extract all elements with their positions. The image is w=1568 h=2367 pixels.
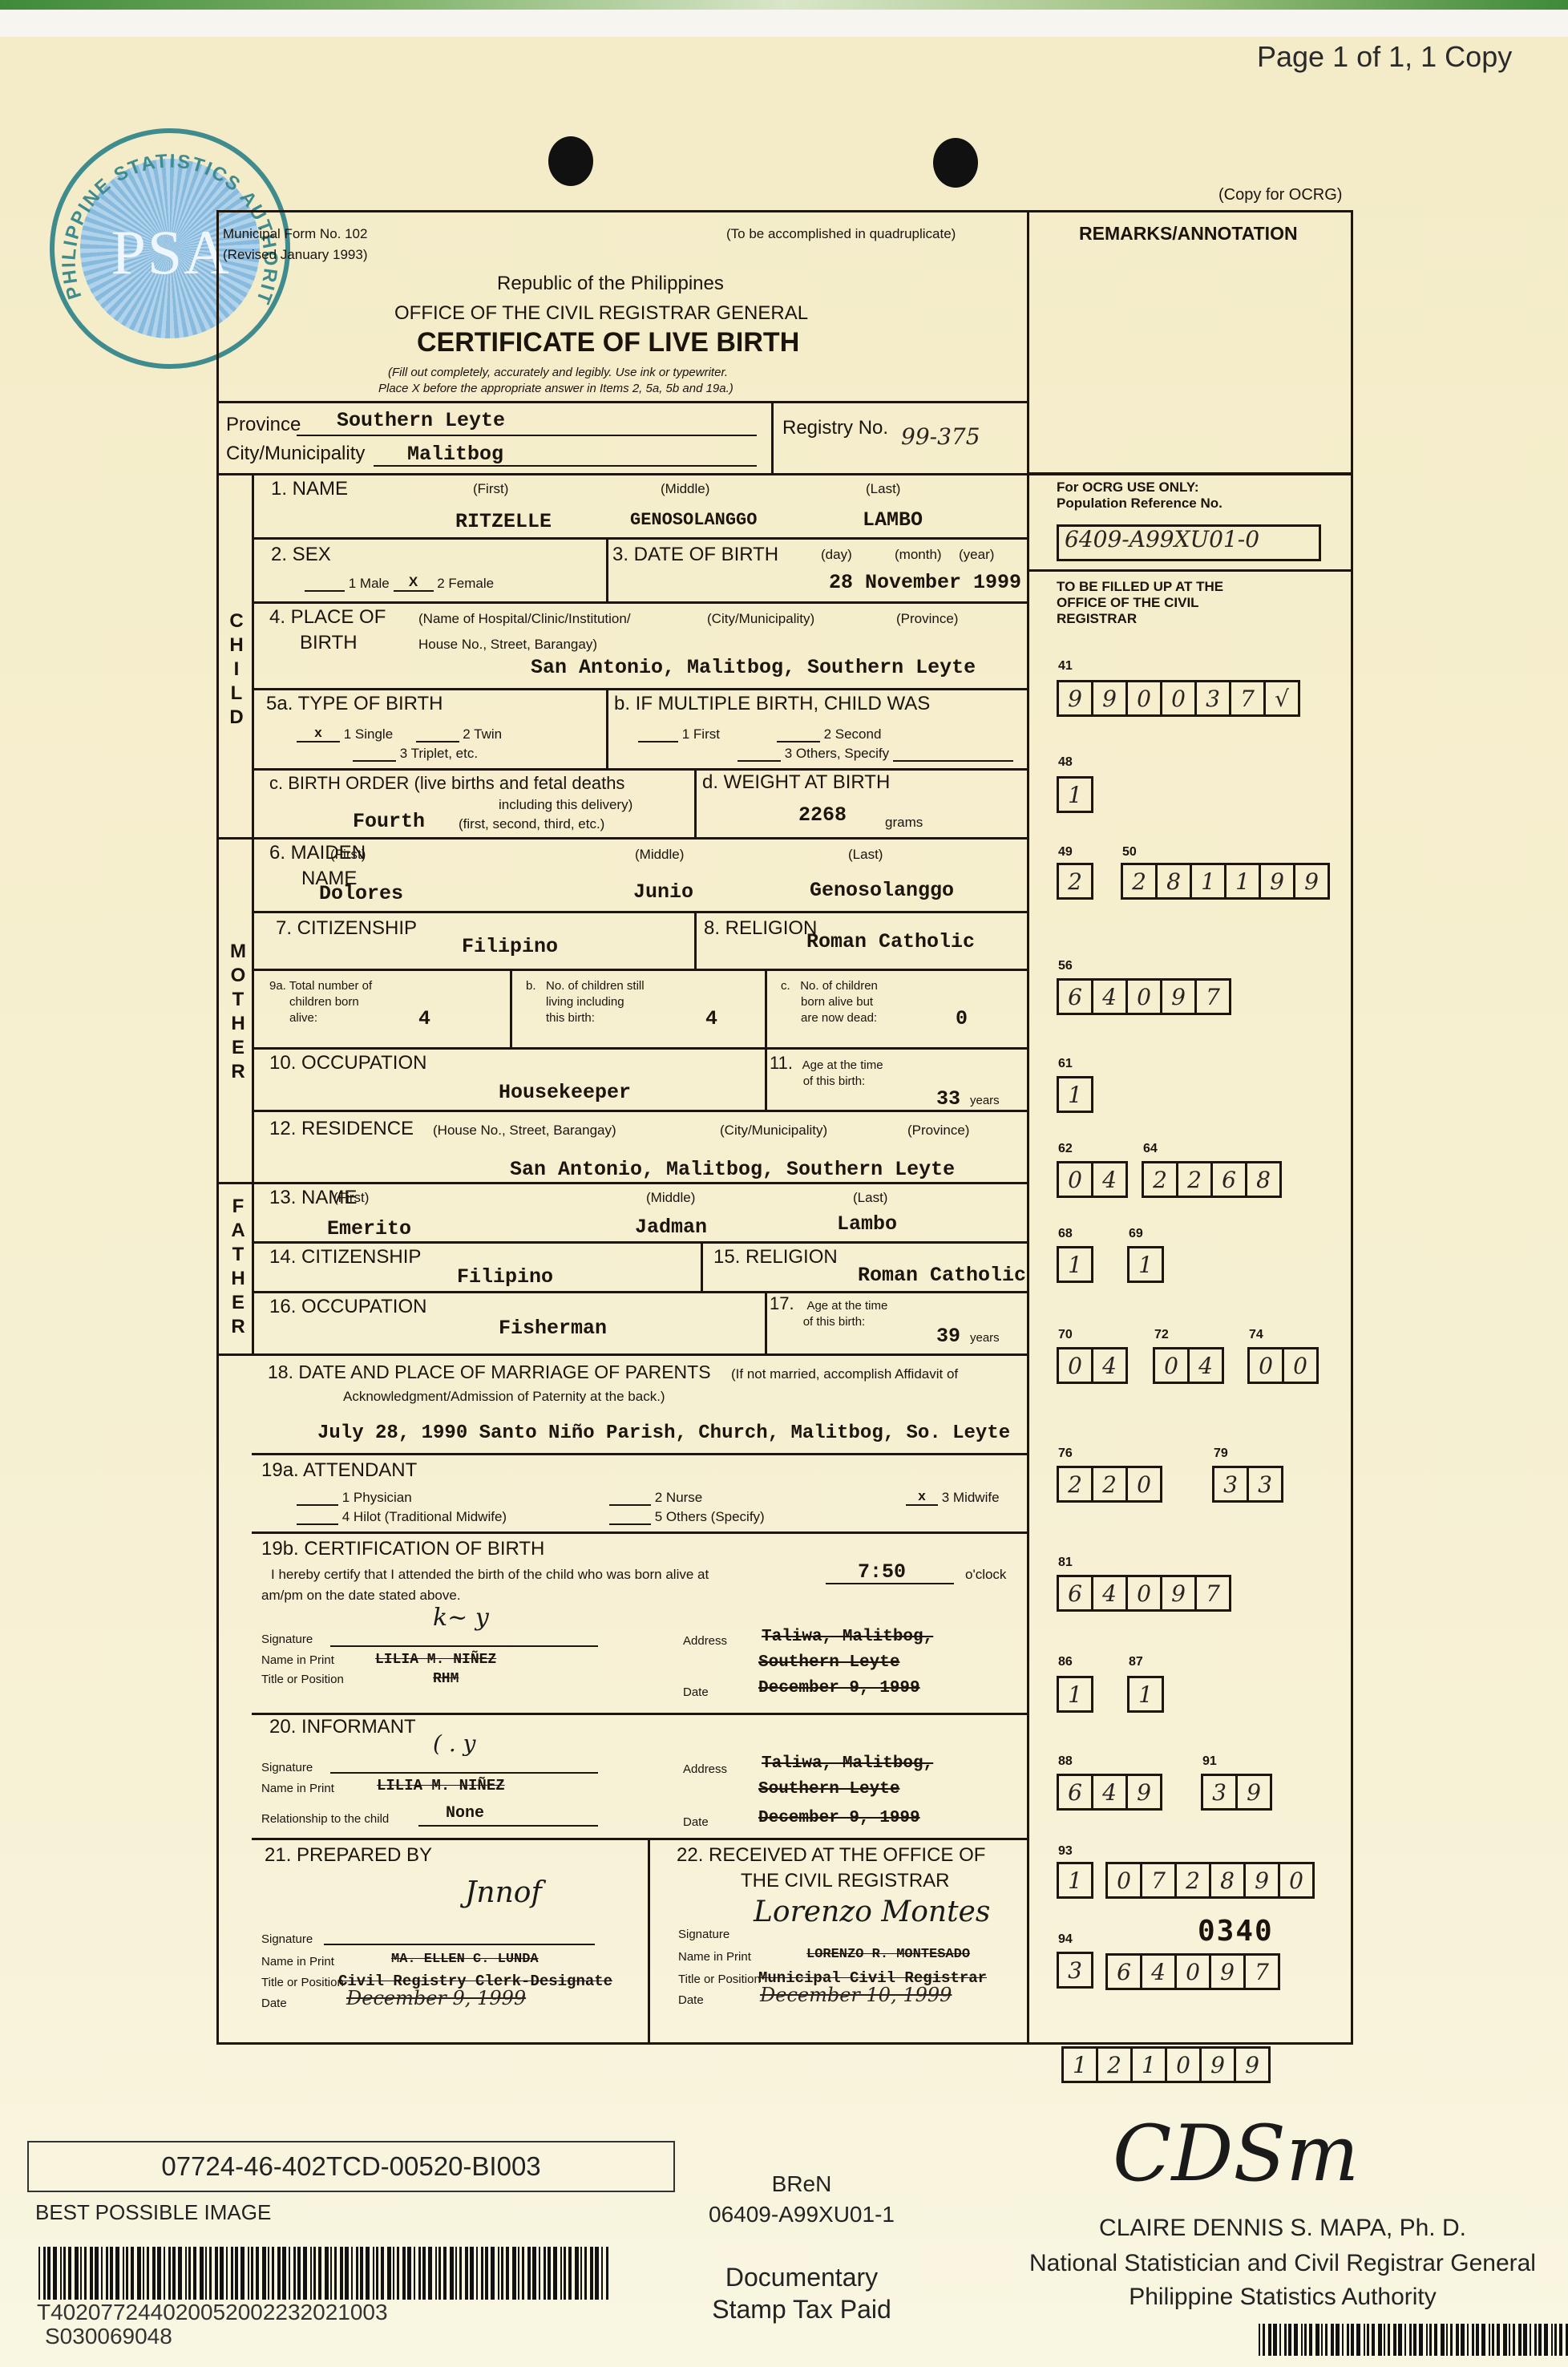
digit-box: 8 [1155, 863, 1192, 900]
field-62-number: 62 [1058, 1142, 1073, 1156]
informant-signature: ( . y [433, 1730, 475, 1757]
field-48-number: 48 [1058, 755, 1073, 770]
received-label: 22. RECEIVED AT THE OFFICE OF [677, 1844, 985, 1867]
punch-hole-right [933, 138, 978, 188]
informant-name-label: Name in Print [261, 1782, 334, 1795]
province-label: Province [226, 414, 301, 436]
digit-box: 9 [1091, 680, 1128, 717]
pob-city-label: (City/Municipality) [707, 611, 814, 627]
digit-box: 3 [1201, 1774, 1238, 1811]
field-88-number: 88 [1058, 1754, 1073, 1769]
total-children-label: 9a. Total number of children born alive: [269, 978, 372, 1026]
digit-box: 9 [1243, 1862, 1280, 1899]
field-87-number: 87 [1129, 1655, 1143, 1669]
digit-box: 0 [1125, 978, 1162, 1015]
father-occupation-label: 16. OCCUPATION [269, 1296, 426, 1318]
punch-hole-left [548, 136, 593, 186]
field-61-number: 61 [1058, 1057, 1073, 1071]
digit-box: 9 [1057, 680, 1093, 717]
digit-box: 0 [1160, 680, 1197, 717]
residence-hint: (House No., Street, Barangay) [433, 1123, 616, 1139]
father-age: 39 [936, 1325, 960, 1348]
security-barcode [1259, 2324, 1568, 2356]
date-of-birth: 28 November 1999 [829, 571, 1021, 594]
marriage-hint-2: Acknowledgment/Admission of Paternity at… [343, 1389, 665, 1405]
attendant-signature-label: Signature [261, 1633, 313, 1646]
province-value: Southern Leyte [337, 409, 505, 432]
digit-box: 3 [1194, 680, 1231, 717]
field-69-boxes: 1 [1130, 1246, 1164, 1283]
dead-children-value: 0 [956, 1007, 968, 1030]
living-children-value: 4 [705, 1007, 717, 1030]
informant-signature-label: Signature [261, 1761, 313, 1774]
digit-box: 8 [1209, 1862, 1246, 1899]
single-mark: x [297, 725, 340, 742]
father-middle-label: (Middle) [646, 1190, 695, 1206]
field-62-boxes: 04 [1059, 1161, 1128, 1198]
father-age-unit: years [970, 1331, 1000, 1345]
residence-city-label: (City/Municipality) [720, 1123, 827, 1139]
attendant-title: RHM [433, 1671, 459, 1687]
mother-occupation: Housekeeper [499, 1081, 631, 1104]
dead-children-label: c. No. of children born alive but are no… [781, 978, 878, 1026]
digit-box: 4 [1091, 1347, 1128, 1384]
mother-religion-label: 8. RELIGION [704, 917, 817, 940]
preparer-date-label: Date [261, 1997, 287, 2010]
last-label: (Last) [866, 481, 900, 497]
informant-label: 20. INFORMANT [269, 1716, 416, 1738]
digit-box: 9 [1235, 1774, 1272, 1811]
field-70-boxes: 04 [1059, 1347, 1128, 1384]
digit-box: 2 [1176, 1161, 1213, 1198]
field-61-boxes: 1 [1059, 1076, 1093, 1113]
others-option: 3 Others, Specify [738, 744, 1013, 762]
residence-province-label: (Province) [907, 1123, 969, 1139]
mother-last-name: Genosolanggo [810, 879, 954, 902]
attendant-physician: 1 Physician [297, 1488, 412, 1506]
father-last-label: (Last) [853, 1190, 887, 1206]
digit-box: 7 [1194, 1575, 1231, 1612]
digit-box: 4 [1091, 1774, 1128, 1811]
mother-first-label: (First) [330, 847, 366, 863]
digit-box: 9 [1293, 863, 1330, 900]
digit-box: 1 [1127, 1246, 1164, 1283]
field-81-boxes: 64097 [1059, 1575, 1231, 1612]
digit-box: 2 [1091, 1466, 1128, 1503]
pob-hint: (Name of Hospital/Clinic/Institution/ [418, 611, 631, 627]
digit-box: 3 [1247, 1466, 1283, 1503]
digit-box: 1 [1061, 2046, 1098, 2083]
attendant-midwife: x 3 Midwife [906, 1488, 1000, 1506]
dob-label: 3. DATE OF BIRTH [612, 544, 778, 566]
digit-box: 2 [1057, 1466, 1093, 1503]
digit-box: 4 [1091, 1575, 1128, 1612]
bren-number: 06409-A99XU01-1 [689, 2202, 914, 2227]
digit-box: 4 [1091, 978, 1128, 1015]
field-91-number: 91 [1202, 1754, 1217, 1769]
field-41-boxes: 990037√ [1059, 680, 1300, 717]
attendant-name: LILIA M. NIÑEZ [375, 1652, 496, 1668]
field-68-number: 68 [1058, 1227, 1073, 1241]
quadruplicate-note: (To be accomplished in quadruplicate) [726, 226, 956, 242]
informant-name: LILIA M. NIÑEZ [377, 1777, 505, 1794]
signer-title: National Statistician and Civil Registra… [1010, 2250, 1555, 2277]
city-value: Malitbog [407, 443, 503, 466]
field-74-boxes: 00 [1250, 1347, 1319, 1384]
mother-citizenship: Filipino [462, 935, 558, 958]
child-first-name: RITZELLE [455, 510, 552, 533]
field-49-number: 49 [1058, 845, 1073, 860]
attendant-hilot: 4 Hilot (Traditional Midwife) [297, 1507, 507, 1525]
field-76-number: 76 [1058, 1446, 1073, 1461]
child-name-label: 1. NAME [271, 478, 348, 500]
digit-box: 0 [1174, 1953, 1211, 1990]
field-79-boxes: 33 [1214, 1466, 1283, 1503]
birth-time: 7:50 [858, 1560, 906, 1584]
field-50-boxes: 281199 [1123, 863, 1330, 900]
dob-year-label: (year) [959, 547, 994, 563]
registrar-date: December 10, 1999 [760, 1984, 952, 2006]
field-87-boxes: 1 [1130, 1676, 1164, 1713]
received-label-2: THE CIVIL REGISTRAR [741, 1870, 949, 1892]
preparer-name: MA. ELLEN C. LUNDA [391, 1952, 539, 1967]
preparer-signature-label: Signature [261, 1932, 313, 1946]
multiple-birth-label: b. IF MULTIPLE BIRTH, CHILD WAS [614, 693, 930, 715]
birth-order-label: c. BIRTH ORDER (live births and fetal de… [269, 773, 624, 794]
stamp-tax-line-1: Documentary [689, 2263, 914, 2292]
weight-value: 2268 [798, 803, 847, 827]
attendant-date: December 9, 1999 [758, 1679, 920, 1697]
digit-box: 9 [1199, 2046, 1236, 2083]
field-86-boxes: 1 [1059, 1676, 1093, 1713]
middle-label: (Middle) [661, 481, 709, 497]
digit-box: 2 [1057, 863, 1093, 900]
type-of-birth-label: 5a. TYPE OF BIRTH [266, 693, 443, 715]
attendant-nurse: 2 Nurse [609, 1488, 702, 1506]
attendant-address-2: Southern Leyte [758, 1653, 899, 1672]
digit-box: 7 [1243, 1953, 1280, 1990]
stamp-tax-line-2: Stamp Tax Paid [689, 2295, 914, 2325]
signer-organization: Philippine Statistics Authority [1018, 2284, 1547, 2311]
mother-side-label: MOTHER [226, 940, 250, 1084]
father-middle-name: Jadman [635, 1216, 707, 1239]
attendant-title-label: Title or Position [261, 1673, 344, 1686]
field-56-boxes: 64097 [1059, 978, 1231, 1015]
total-children-value: 4 [418, 1007, 430, 1030]
field-50-number: 50 [1122, 845, 1137, 860]
field-93-number: 93 [1058, 1844, 1073, 1859]
field-69-number: 69 [1129, 1227, 1143, 1241]
child-last-name: LAMBO [863, 508, 923, 532]
instructions-line-2: Place X before the appropriate answer in… [378, 382, 733, 395]
digit-box: 0 [1282, 1347, 1319, 1384]
digit-box: 4 [1187, 1347, 1224, 1384]
father-side-label: FATHER [226, 1195, 250, 1339]
attendant-signature: k~ y [433, 1604, 489, 1632]
place-of-birth-label: 4. PLACE OF [269, 606, 386, 629]
certificate-title: CERTIFICATE OF LIVE BIRTH [417, 327, 799, 358]
attendant-address-label: Address [683, 1634, 727, 1648]
sex-options: 1 Male X 2 Female [305, 574, 494, 592]
weight-label: d. WEIGHT AT BIRTH [702, 771, 890, 794]
preparer-signature: Jnnof [465, 1876, 542, 1909]
preparer-title-label: Title or Position [261, 1976, 344, 1989]
living-children-label: b. No. of children still living includin… [526, 978, 645, 1026]
digit-box: 0 [1165, 2046, 1202, 2083]
digit-box: 0 [1125, 1575, 1162, 1612]
weight-unit: grams [885, 815, 923, 831]
digit-box: 1 [1057, 1862, 1093, 1899]
digit-box: 1 [1224, 863, 1261, 900]
dob-month-label: (month) [895, 547, 942, 563]
father-citizenship: Filipino [457, 1265, 553, 1289]
digit-box: 1 [1130, 2046, 1167, 2083]
digit-box: √ [1263, 680, 1300, 717]
page-count: Page 1 of 1, 1 Copy [1257, 40, 1512, 74]
relationship-label: Relationship to the child [261, 1812, 389, 1826]
digit-box: 3 [1212, 1466, 1249, 1503]
father-religion-label: 15. RELIGION [713, 1246, 838, 1268]
child-side-label: CHILD [224, 609, 249, 730]
field-64-boxes: 2268 [1144, 1161, 1282, 1198]
mother-age: 33 [936, 1087, 960, 1111]
digit-box: 1 [1190, 863, 1227, 900]
digit-box: 6 [1210, 1161, 1247, 1198]
barcode-number: T402077244020052002232021003 [37, 2300, 388, 2325]
oclock-label: o'clock [965, 1567, 1006, 1583]
bren-label: BReN [689, 2171, 914, 2197]
field-79-number: 79 [1214, 1446, 1228, 1461]
attendant-address-1: Taliwa, Malitbog, [762, 1628, 933, 1646]
mother-middle-name: Junio [633, 880, 693, 904]
father-last-name: Lambo [837, 1212, 897, 1236]
digit-box: 8 [1245, 1161, 1282, 1198]
field-72-boxes: 04 [1155, 1347, 1224, 1384]
field-64-number: 64 [1143, 1142, 1158, 1156]
sex-female-mark: X [394, 574, 434, 592]
top-margin [0, 10, 1568, 37]
preparer-name-label: Name in Print [261, 1955, 334, 1968]
certification-label: 19b. CERTIFICATION OF BIRTH [261, 1538, 544, 1560]
birth-order-hint: (first, second, third, etc.) [459, 816, 604, 832]
digit-box: 9 [1234, 2046, 1271, 2083]
digit-box: 0 [1125, 1466, 1162, 1503]
certification-text-2: am/pm on the date stated above. [261, 1588, 461, 1604]
attendant-name-label: Name in Print [261, 1653, 334, 1667]
field-70-number: 70 [1058, 1328, 1073, 1342]
child-middle-name: GENOSOLANGGO [630, 510, 757, 530]
field-94-number: 94 [1058, 1932, 1073, 1947]
digit-box: 6 [1057, 978, 1093, 1015]
digit-box: 4 [1140, 1953, 1177, 1990]
field-91-boxes: 39 [1203, 1774, 1272, 1811]
digit-box: 0 [1125, 680, 1162, 717]
dob-day-label: (day) [821, 547, 852, 563]
ocrg-label: For OCRG USE ONLY:Population Reference N… [1057, 479, 1222, 512]
mother-occupation-label: 10. OCCUPATION [269, 1052, 426, 1074]
digit-box: 0 [1247, 1347, 1284, 1384]
civil-registrar-label: TO BE FILLED UP AT THEOFFICE OF THE CIVI… [1057, 579, 1223, 627]
type-of-birth-options: x 1 Single 2 Twin [297, 725, 502, 742]
marriage-value: July 28, 1990 Santo Niño Parish, Church,… [317, 1422, 1010, 1444]
digit-box: 7 [1140, 1862, 1177, 1899]
relationship-value: None [446, 1804, 484, 1823]
prepared-by-label: 21. PREPARED BY [265, 1844, 432, 1867]
best-possible-image-label: BEST POSSIBLE IMAGE [35, 2200, 271, 2225]
father-citizenship-label: 14. CITIZENSHIP [269, 1246, 421, 1268]
digit-box: 7 [1194, 978, 1231, 1015]
registrar-date-label: Date [678, 1993, 704, 2007]
mother-first-name: Dolores [319, 882, 403, 905]
marriage-hint: (If not married, accomplish Affidavit of [731, 1366, 958, 1382]
place-of-birth-label-2: BIRTH [300, 632, 358, 654]
digit-box: 4 [1091, 1161, 1128, 1198]
field-94-boxes-b: 64097 [1108, 1953, 1280, 1990]
digit-box: 6 [1057, 1575, 1093, 1612]
mother-age-label: 11. Age at the time of this birth: [770, 1055, 883, 1090]
preparer-date: December 9, 1999 [346, 1987, 526, 2009]
field-48-boxes: 1 [1059, 776, 1093, 813]
document-barcode [38, 2247, 610, 2300]
birth-order: Fourth [353, 810, 425, 833]
national-statistician-signature: CDSm [1113, 2109, 1359, 2199]
form-number: Municipal Form No. 102 [223, 226, 367, 242]
attendant-others: 5 Others (Specify) [609, 1507, 765, 1525]
digit-box: 9 [1160, 1575, 1197, 1612]
document-code-box: 07724-46-402TCD-00520-BI003 [27, 2141, 675, 2192]
population-reference-number: 6409-A99XU01-0 [1065, 526, 1259, 552]
mother-religion: Roman Catholic [806, 930, 975, 953]
multiple-options: 1 First 2 Second [638, 725, 881, 742]
registry-label: Registry No. [782, 417, 888, 439]
registrar-name-label: Name in Print [678, 1950, 751, 1964]
field-88-boxes: 649 [1059, 1774, 1162, 1811]
mother-age-unit: years [970, 1094, 1000, 1107]
digit-box: 9 [1209, 1953, 1246, 1990]
field-93-boxes-b: 072890 [1108, 1862, 1315, 1899]
digit-box: 2 [1121, 863, 1158, 900]
digit-box: 2 [1096, 2046, 1133, 2083]
field-94-boxes-a: 3 [1059, 1952, 1093, 1989]
digit-box: 1 [1057, 1076, 1093, 1113]
digit-box: 0 [1105, 1862, 1142, 1899]
form-revised: (Revised January 1993) [223, 247, 367, 263]
registrar-title-label: Title or Position [678, 1972, 761, 1986]
extra-date-boxes: 121099 [1064, 2046, 1271, 2083]
signer-name: CLAIRE DENNIS S. MAPA, Ph. D. [1018, 2215, 1547, 2242]
mother-residence: San Antonio, Malitbog, Southern Leyte [510, 1158, 955, 1181]
digit-box: 0 [1057, 1347, 1093, 1384]
residence-label: 12. RESIDENCE [269, 1118, 414, 1140]
field-41-number: 41 [1058, 659, 1073, 674]
field-49-boxes: 2 [1059, 863, 1093, 900]
instructions-line-1: (Fill out completely, accurately and leg… [388, 366, 728, 379]
remarks-box [1029, 210, 1353, 475]
digit-box: 1 [1127, 1676, 1164, 1713]
place-of-birth: San Antonio, Malitbog, Southern Leyte [531, 656, 976, 679]
pob-province-label: (Province) [896, 611, 958, 627]
informant-address-label: Address [683, 1762, 727, 1776]
digit-box: 3 [1057, 1952, 1093, 1989]
serial-number: S030069048 [45, 2324, 172, 2349]
digit-box: 9 [1160, 978, 1197, 1015]
digit-box: 2 [1174, 1862, 1211, 1899]
father-first-label: (First) [333, 1190, 369, 1206]
marriage-label: 18. DATE AND PLACE OF MARRIAGE OF PARENT… [268, 1362, 711, 1383]
informant-date-label: Date [683, 1815, 709, 1829]
field-72-number: 72 [1154, 1328, 1169, 1342]
father-first-name: Emerito [327, 1217, 411, 1240]
republic-label: Republic of the Philippines [497, 273, 724, 295]
digit-box: 0 [1278, 1862, 1315, 1899]
mother-last-label: (Last) [848, 847, 883, 863]
digit-box: 6 [1057, 1774, 1093, 1811]
informant-address-2: Southern Leyte [758, 1780, 899, 1799]
registrar-signature-label: Signature [678, 1928, 729, 1941]
pob-hint-2: House No., Street, Barangay) [418, 637, 597, 653]
serial-stamp: 0340 [1198, 1915, 1274, 1948]
field-76-boxes: 220 [1059, 1466, 1162, 1503]
office-label: OFFICE OF THE CIVIL REGISTRAR GENERAL [394, 302, 808, 325]
field-81-number: 81 [1058, 1556, 1073, 1570]
certification-text: I hereby certify that I attended the bir… [271, 1567, 709, 1583]
digit-box: 9 [1125, 1774, 1162, 1811]
field-56-number: 56 [1058, 959, 1073, 973]
remarks-label: REMARKS/ANNOTATION [1079, 223, 1298, 245]
digit-box: 1 [1057, 1676, 1093, 1713]
copy-for-ocrg: (Copy for OCRG) [1218, 186, 1342, 204]
first-label: (First) [473, 481, 508, 497]
mother-citizenship-label: 7. CITIZENSHIP [276, 917, 417, 940]
registrar-name: LORENZO R. MONTESADO [806, 1947, 970, 1962]
digit-box: 9 [1259, 863, 1295, 900]
digit-box: 6 [1105, 1953, 1142, 1990]
father-occupation: Fisherman [499, 1317, 607, 1340]
digit-box: 7 [1229, 680, 1266, 717]
registry-number: 99-375 [901, 423, 980, 450]
digit-box: 2 [1142, 1161, 1178, 1198]
triplet-option: 3 Triplet, etc. [353, 744, 478, 762]
digit-box: 0 [1057, 1161, 1093, 1198]
digit-box: 1 [1057, 1246, 1093, 1283]
field-74-number: 74 [1249, 1328, 1263, 1342]
digit-box: 1 [1057, 776, 1093, 813]
top-photo-edge [0, 0, 1568, 10]
mother-middle-label: (Middle) [635, 847, 684, 863]
father-age-label: 17. Age at the time of this birth: [770, 1296, 887, 1330]
digit-box: 0 [1153, 1347, 1190, 1384]
field-86-number: 86 [1058, 1655, 1073, 1669]
sex-label: 2. SEX [271, 544, 331, 566]
father-religion: Roman Catholic [858, 1264, 1026, 1287]
attendant-date-label: Date [683, 1685, 709, 1699]
birth-order-label-2: including this delivery) [499, 797, 632, 813]
registrar-signature: Lorenzo Montes [754, 1896, 990, 1928]
informant-date: December 9, 1999 [758, 1809, 920, 1827]
city-label: City/Municipality [226, 443, 365, 465]
informant-address-1: Taliwa, Malitbog, [762, 1754, 933, 1773]
field-93-boxes-a: 1 [1059, 1862, 1093, 1899]
field-68-boxes: 1 [1059, 1246, 1093, 1283]
attendant-label: 19a. ATTENDANT [261, 1459, 417, 1482]
